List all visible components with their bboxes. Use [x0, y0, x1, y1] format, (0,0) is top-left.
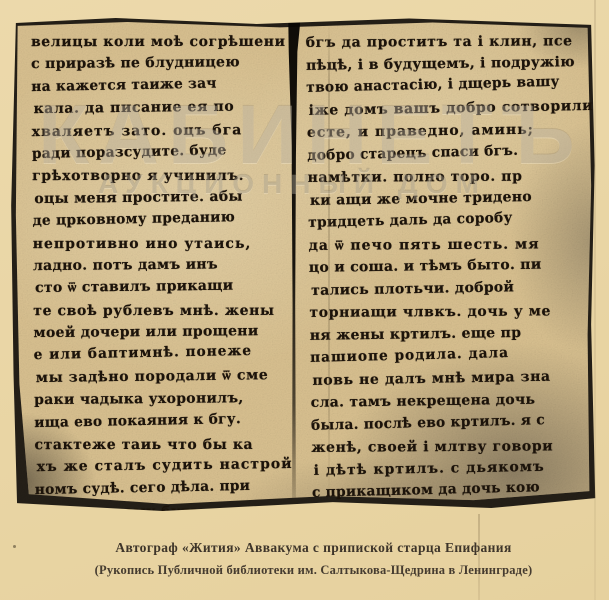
plate-caption: Автограф «Жития» Аввакума с припиской ст…: [9, 540, 609, 578]
manuscript-line: ища ево покаяния к бгу.: [34, 407, 281, 434]
book-page: { "colors": { "page_background": "#e9d5a…: [0, 0, 609, 600]
manuscript-line: чинъ же тому будь старе я: [35, 501, 287, 524]
paper-crease-right: [594, 0, 596, 600]
manuscript-line: номъ судѣ. сего дѣла. при: [35, 474, 282, 501]
caption-subtitle: (Рукопись Публичной библиотеки им. Салты…: [9, 563, 609, 578]
manuscript-line: грѣхотворно я учинилъ.: [32, 165, 284, 188]
manuscript-right-page: бгъ да проститъ та і клин, псепѣцѣ, і в …: [306, 28, 585, 527]
paper-crease-bottom: [478, 514, 480, 600]
paper-speck: [13, 545, 16, 548]
manuscript-line: іже домъ вашъ добро сотворили: [308, 95, 580, 122]
manuscript-left-page: велицы коли моѣ согрѣшенис приразѣ пе бл…: [31, 29, 287, 524]
manuscript-line: сто ѿ ставилъ прикащи: [35, 274, 287, 299]
manuscript-line: непротивно ино утаись,: [33, 232, 285, 255]
manuscript-line: торниащи члвкъ. дочь у ме: [309, 300, 581, 324]
manuscript-line: на кажется таиже зач: [31, 71, 278, 98]
manuscript-line: ради поразсудите. буде: [32, 138, 279, 165]
manuscript-line: большая икона аз яко: [312, 503, 584, 527]
manuscript-line: бгъ да проститъ та і клин, псе: [306, 30, 578, 54]
manuscript-line: повь не далъ мнѣ мира зна: [312, 365, 584, 392]
manuscript-line: де црковному преданию: [32, 205, 279, 232]
manuscript-line: е или баптимнѣ. понеже: [33, 340, 280, 367]
manuscript-line: те своѣ рублевъ мнѣ. жены: [33, 300, 285, 323]
manuscript-line: мы задѣно породали ѿ сме: [36, 364, 288, 389]
manuscript-line: кала. да писание ея по: [33, 95, 285, 120]
page-crease-line: [328, 23, 330, 504]
manuscript-photo-plate: велицы коли моѣ согрѣшенис приразѣ пе бл…: [10, 17, 597, 513]
caption-title: Автограф «Жития» Аввакума с припиской ст…: [9, 540, 609, 556]
manuscript-line: да ѿ печо пять шесть. мя: [308, 233, 580, 257]
manuscript-line: велицы коли моѣ согрѣшени: [31, 31, 283, 54]
manuscript-line: тались плотьчи. доброй: [311, 275, 583, 302]
